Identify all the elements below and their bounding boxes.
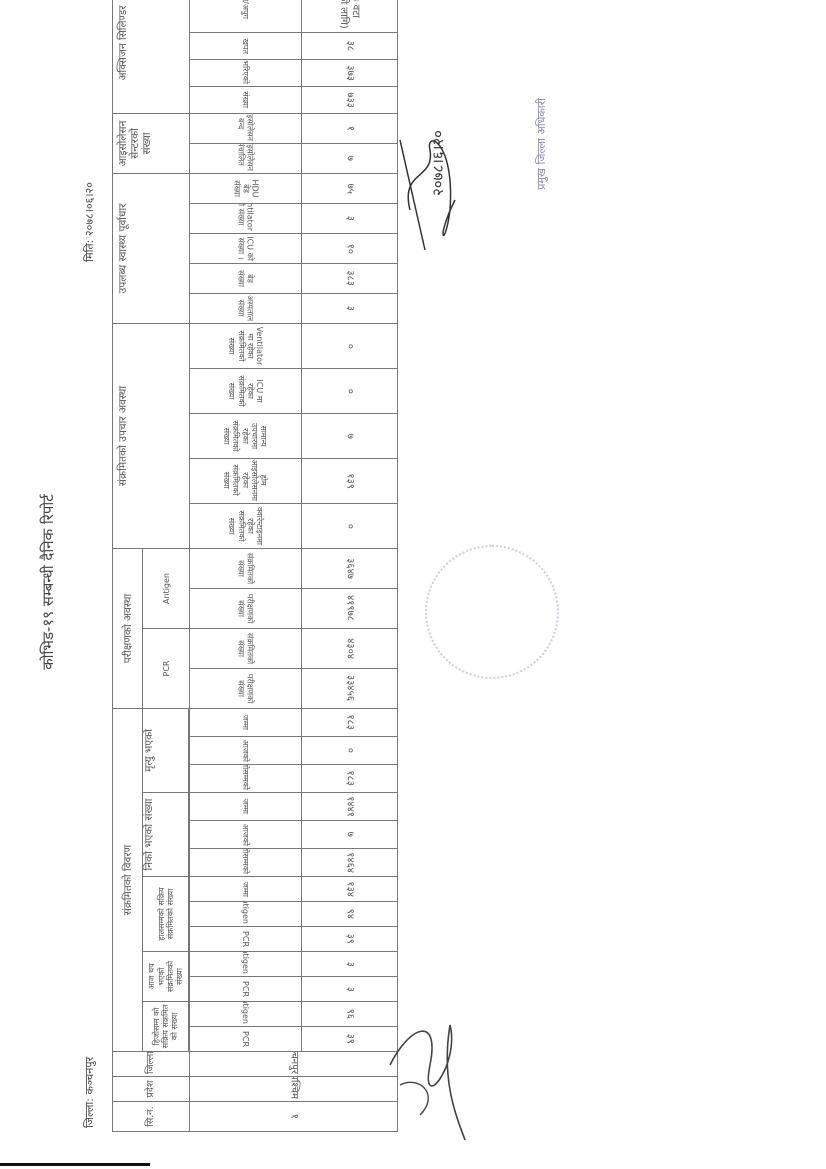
cell-value-text: ०	[344, 388, 356, 393]
column-label: PCR	[190, 1027, 302, 1052]
district-label: जिल्ला: कञ्चनपुर	[82, 1057, 97, 1128]
header-treatment-status: संक्रमितको उपचार अवस्था	[113, 323, 190, 548]
cell-value-text: १३९	[344, 473, 356, 489]
svg-text:२०७८।६।२०: २०७८।६।२०	[429, 130, 447, 196]
column-label: आइसोलेसन संचालित	[190, 143, 302, 173]
column-label-text: जम्मा	[241, 799, 250, 814]
cell-district: कञ्चनपुर	[190, 1052, 398, 1077]
column-label: भरिएको	[190, 59, 302, 86]
column-label: Ventilator मा रहेका संक्रमितको संख्या	[190, 323, 302, 368]
cell-value-text: ७५	[344, 183, 356, 193]
column-label: Antigen	[190, 1002, 302, 1027]
cell-value-text: ७३३	[344, 92, 356, 108]
column-label: जम्मा	[190, 877, 302, 902]
column-label: बेड संख्या	[190, 263, 302, 293]
report-date: मिति: २०७८।०६।२०	[82, 182, 97, 262]
cell-value-text: १	[344, 126, 356, 131]
column-label-text: आइसोलेसन बन्द	[236, 113, 254, 141]
table-row: ३९९६३३३९९४१३४१४६४७१४४११८३०१८३३३४५६४३०४४१…	[301, 0, 397, 1132]
report-title: कोभिड-१९ सम्बन्धी दैनिक रिपोर्ट	[38, 32, 58, 1132]
header-testing-status: परीक्षणको अवस्था	[113, 548, 143, 708]
header-oxygen-cylinders: अक्सिजन सिलिण्डर	[113, 0, 190, 113]
header-province: प्रदेश	[113, 1077, 190, 1102]
cell-value-text: ३३४५६	[344, 676, 356, 702]
header-active-now: हालसम्मको सक्रिय संक्रमितको संख्या	[143, 877, 189, 952]
column-label-text: Ventilator को संख्या	[236, 203, 254, 231]
cell-value-text: ३९	[344, 1034, 356, 1044]
cell-value: १४४१	[301, 793, 397, 821]
column-label-text: आजको	[241, 823, 250, 845]
cell-value-text: ०	[344, 343, 356, 348]
cell-sn: १	[190, 1102, 398, 1132]
column-label-text: खपत	[241, 38, 250, 54]
column-label-text: PCR	[241, 931, 250, 947]
column-label-text: ICU को संख्या ।	[236, 236, 254, 261]
cell-value: ३८३	[301, 263, 397, 293]
column-label-text: संक्रमितको संख्या	[236, 631, 254, 666]
cell-value-text: ३८३	[344, 271, 356, 287]
column-label-text: जम्मा	[241, 881, 250, 896]
report-sheet: कोभिड-१९ सम्बन्धी दैनिक रिपोर्ट जिल्ला: …	[30, 32, 400, 1132]
cell-value: ३९	[301, 927, 397, 952]
column-label: ICU को संख्या ।	[190, 233, 302, 263]
cell-value: ७३३	[301, 86, 397, 113]
column-label: Ventilator को संख्या	[190, 203, 302, 233]
divider	[0, 1163, 150, 1166]
cell-value-text: ७	[344, 156, 356, 161]
column-label: संख्या	[190, 86, 302, 113]
header-sn: सि.नं.	[113, 1102, 190, 1132]
covid-report-table: सि.नं. प्रदेश जिल्ला संक्रमितको विवरण पर…	[112, 0, 398, 1132]
cell-value-text: ७	[344, 832, 356, 837]
cell-value: ०	[301, 503, 397, 548]
cell-value-text: ३	[344, 216, 356, 221]
column-label: Antigen	[190, 952, 302, 977]
column-label-text: HDU बेड संख्या	[232, 176, 260, 201]
column-label: जम्मा	[190, 709, 302, 737]
cell-value: ९४	[301, 902, 397, 927]
column-label-text: संक्रमितको संख्या	[236, 551, 254, 586]
column-label-text: PCR	[241, 981, 250, 997]
label-row: १सुदूरपश्चिमकञ्चनपुरPCRAntigenPCRAntigen…	[190, 0, 302, 1132]
cell-sn-text: १	[288, 1114, 300, 1119]
cell-value-text: ९४	[344, 909, 356, 919]
column-label: आजको	[190, 737, 302, 765]
cell-value: ३६४७	[301, 548, 397, 588]
cell-value: ३८	[301, 32, 397, 59]
cell-value-text: १४६४	[344, 852, 356, 873]
column-label-text: संख्या	[241, 92, 250, 109]
column-label: HDU बेड संख्या	[190, 173, 302, 203]
header-new-today: आज थप भएको संक्रमितको संख्या	[143, 952, 189, 1002]
cell-value: ०	[301, 368, 397, 413]
header-pcr: PCR	[143, 629, 190, 709]
cell-value: ७५	[301, 173, 397, 203]
column-label-text: आइसोलेसन संचालित	[236, 143, 254, 171]
cell-value-text: ४३०४	[344, 638, 356, 659]
cell-value: १८३	[301, 765, 397, 793]
cell-value: ०	[301, 323, 397, 368]
column-label: हिजोसम्मको	[190, 849, 302, 877]
cell-value: ७	[301, 821, 397, 849]
cell-value: ०	[301, 737, 397, 765]
cell-value: १३४	[301, 877, 397, 902]
cell-value-text: ३७३	[344, 65, 356, 81]
column-label-text: होम आइसोलेसनमा रहेका संक्रमितको संख्या	[222, 459, 268, 501]
column-label-text: आजको	[241, 739, 250, 761]
column-label: होम आइसोलेसनमा रहेका संक्रमितको संख्या	[190, 458, 302, 503]
column-label: हिजोसम्मको	[190, 765, 302, 793]
column-label: खपत	[190, 32, 302, 59]
date-signature-icon: २०७८।६।२०	[395, 110, 470, 260]
cell-value-text: ३६४७	[344, 558, 356, 579]
column-label: संक्रमितको संख्या	[190, 629, 302, 669]
column-label-text: सामान्य उपचारमा रहेका संक्रमितको संख्या	[222, 416, 268, 456]
cell-value-text: ३८	[344, 41, 356, 51]
approval-stamp: प्रमुख जिल्ला अधिकारी	[535, 98, 549, 190]
cell-value: ३७३	[301, 59, 397, 86]
cell-value-text: (३३ वटा मर्मतको लागि)	[338, 0, 361, 30]
column-label-text: जम्मा	[241, 715, 250, 730]
column-label-text: बेड संख्या	[236, 266, 254, 291]
cell-value: ७	[301, 143, 397, 173]
cell-value-text: १८३	[344, 715, 356, 731]
column-label-text: PCR	[241, 1031, 250, 1047]
column-label: PCR	[190, 977, 302, 1002]
column-label: Antigen	[190, 902, 302, 927]
column-label-text: बाँकी/अपुग	[241, 0, 250, 19]
cell-value: १४६४	[301, 849, 397, 877]
cell-value: ४३०४	[301, 629, 397, 669]
cell-value: १०	[301, 233, 397, 263]
cell-value: ३	[301, 952, 397, 977]
header-antigen: Antigen	[143, 548, 190, 628]
cell-value-text: ३	[344, 986, 356, 991]
cell-value: ३	[301, 203, 397, 233]
cell-value: ४१९७८	[301, 589, 397, 629]
header-active-till-yesterday: हिजोसम्म को सक्रिय संक्रमित को संख्या	[143, 1002, 189, 1052]
cell-value: ७	[301, 413, 397, 458]
column-label-text: Ventilator मा रहेका संक्रमितको संख्या	[227, 326, 264, 366]
cell-district-text: कञ्चनपुर	[288, 1052, 300, 1075]
column-label: PCR	[190, 927, 302, 952]
header-recovered: निको भएको संख्या	[143, 793, 189, 877]
column-label-text: Antigen	[241, 1002, 250, 1025]
cell-value-text: ३	[344, 306, 356, 311]
column-label-text: ICU मा रहेका संक्रमितको संख्या	[227, 371, 264, 411]
cell-province-text: सुदूरपश्चिम	[288, 1077, 300, 1100]
column-label: आइसोलेसन बन्द	[190, 113, 302, 143]
cell-value: ३	[301, 293, 397, 323]
header-infected-details: संक्रमितको विवरण	[113, 709, 143, 1052]
column-label-text: भरिएको	[241, 60, 250, 84]
column-label: आजको	[190, 821, 302, 849]
cell-value-text: ०	[344, 748, 356, 753]
column-label: सामान्य उपचारमा रहेका संक्रमितको संख्या	[190, 413, 302, 458]
cell-value: १	[301, 113, 397, 143]
column-label-text: हिजोसम्मको	[241, 765, 250, 791]
column-label: ICU मा रहेका संक्रमितको संख्या	[190, 368, 302, 413]
cell-province: सुदूरपश्चिम	[190, 1077, 398, 1102]
header-district: जिल्ला	[113, 1052, 190, 1077]
cell-value-text: ४१९७८	[344, 596, 356, 622]
column-label-text: Antigen	[241, 952, 250, 975]
cell-value: (३३ वटा मर्मतको लागि)	[301, 0, 397, 32]
column-label: जम्मा	[190, 793, 302, 821]
cell-value: ३३४५६	[301, 669, 397, 709]
office-stamp	[425, 545, 559, 679]
cell-value-text: ३९	[344, 934, 356, 944]
cell-value: १८३	[301, 709, 397, 737]
cell-value-text: १८३	[344, 771, 356, 787]
cell-value-text: ०	[344, 523, 356, 528]
column-label: क्वारेन्टाइनमा रहेका संक्रमितको संख्या	[190, 503, 302, 548]
cell-value: १३९	[301, 458, 397, 503]
header-isolation-centers: आइसोलेसन सेन्टरको संख्या	[113, 113, 190, 173]
column-label: परीक्षणको संख्या	[190, 669, 302, 709]
header-health-infrastructure: उपलब्ध स्वास्थ्य पूर्वाधार	[113, 173, 190, 323]
cell-value-text: १३४	[344, 881, 356, 897]
header-deaths: मृत्यु भएको	[143, 709, 189, 793]
cell-value: ३	[301, 977, 397, 1002]
cell-value-text: ३	[344, 961, 356, 966]
signature-icon	[380, 1005, 470, 1145]
column-label-text: परीक्षणको संख्या	[236, 671, 254, 706]
column-label: बाँकी/अपुग	[190, 0, 302, 32]
column-label-text: परीक्षणको संख्या	[236, 591, 254, 626]
cell-value-text: ९६	[344, 1009, 356, 1019]
column-label: संक्रमितको संख्या	[190, 548, 302, 588]
column-label-text: अस्पताल संख्या	[236, 295, 254, 321]
column-label: अस्पताल संख्या	[190, 293, 302, 323]
cell-value-text: १४४१	[344, 796, 356, 817]
cell-value-text: ७	[344, 433, 356, 438]
column-label: परीक्षणको संख्या	[190, 589, 302, 629]
column-label-text: हिजोसम्मको	[241, 849, 250, 875]
column-label-text: क्वारेन्टाइनमा रहेका संक्रमितको संख्या	[227, 506, 264, 546]
cell-value-text: १०	[344, 243, 356, 253]
column-label-text: Antigen	[241, 902, 250, 925]
